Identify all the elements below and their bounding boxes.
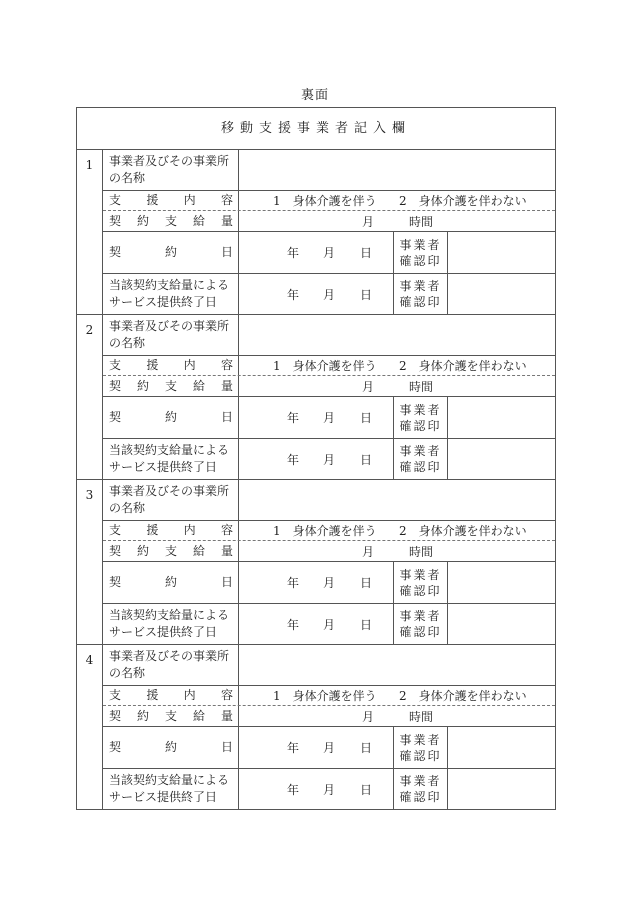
option-without-physical-care[interactable]: 2 身体介護を伴わない <box>399 192 527 209</box>
stamp-area[interactable] <box>448 397 555 438</box>
stamp-area[interactable] <box>448 439 555 479</box>
stamp-area[interactable] <box>448 562 555 603</box>
stamp-area[interactable] <box>448 769 555 809</box>
provider-name-label: 事業者及びその事業所の名称 <box>103 315 239 355</box>
support-content-label: 支援内容 <box>103 686 239 705</box>
contract-date-row: 契約日 年月日 事業者確認印 <box>103 232 555 274</box>
stamp-label: 事業者確認印 <box>394 232 448 273</box>
contract-date-field[interactable]: 年月日 <box>239 397 394 438</box>
provider-name-label: 事業者及びその事業所の名称 <box>103 150 239 190</box>
provider-name-field[interactable] <box>239 645 555 685</box>
block-number: 3 <box>77 480 103 644</box>
form-title: 移動支援事業者記入欄 <box>77 108 555 150</box>
support-content-row: 支援内容 1 身体介護を伴う2 身体介護を伴わない <box>103 521 555 541</box>
block-number: 2 <box>77 315 103 479</box>
stamp-area[interactable] <box>448 727 555 768</box>
support-content-row: 支援内容 1 身体介護を伴う2 身体介護を伴わない <box>103 356 555 376</box>
support-content-label: 支援内容 <box>103 521 239 540</box>
end-date-field[interactable]: 年月日 <box>239 604 394 644</box>
contract-date-label: 契約日 <box>103 727 239 768</box>
contract-date-field[interactable]: 年月日 <box>239 727 394 768</box>
provider-name-row: 事業者及びその事業所の名称 <box>103 315 555 356</box>
end-date-field[interactable]: 年月日 <box>239 439 394 479</box>
end-date-row: 当該契約支給量によるサービス提供終了日 年月日 事業者確認印 <box>103 274 555 314</box>
contract-date-field[interactable]: 年月日 <box>239 562 394 603</box>
end-date-row: 当該契約支給量によるサービス提供終了日 年月日 事業者確認印 <box>103 439 555 479</box>
end-date-field[interactable]: 年月日 <box>239 274 394 314</box>
provider-name-label: 事業者及びその事業所の名称 <box>103 480 239 520</box>
contract-amount-label: 契約支給量 <box>103 376 239 396</box>
provider-entry-form: 移動支援事業者記入欄 1 事業者及びその事業所の名称 支援内容 1 身体介護を伴… <box>76 107 556 810</box>
end-date-row: 当該契約支給量によるサービス提供終了日 年月日 事業者確認印 <box>103 604 555 644</box>
contract-amount-label: 契約支給量 <box>103 541 239 561</box>
contract-amount-label: 契約支給量 <box>103 211 239 231</box>
option-with-physical-care[interactable]: 1 身体介護を伴う <box>273 687 399 704</box>
contract-date-row: 契約日 年月日 事業者確認印 <box>103 397 555 439</box>
option-with-physical-care[interactable]: 1 身体介護を伴う <box>273 357 399 374</box>
support-content-label: 支援内容 <box>103 356 239 375</box>
support-content-row: 支援内容 1 身体介護を伴う2 身体介護を伴わない <box>103 686 555 706</box>
contract-amount-row: 契約支給量 月時間 <box>103 376 555 397</box>
contract-date-label: 契約日 <box>103 562 239 603</box>
support-content-row: 支援内容 1 身体介護を伴う2 身体介護を伴わない <box>103 191 555 211</box>
stamp-label: 事業者確認印 <box>394 769 448 809</box>
stamp-area[interactable] <box>448 274 555 314</box>
provider-name-row: 事業者及びその事業所の名称 <box>103 480 555 521</box>
provider-name-field[interactable] <box>239 315 555 355</box>
page-heading: 裏面 <box>0 84 630 103</box>
contract-date-row: 契約日 年月日 事業者確認印 <box>103 727 555 769</box>
provider-name-row: 事業者及びその事業所の名称 <box>103 645 555 686</box>
contract-date-label: 契約日 <box>103 232 239 273</box>
provider-name-label: 事業者及びその事業所の名称 <box>103 645 239 685</box>
end-date-label: 当該契約支給量によるサービス提供終了日 <box>103 769 239 809</box>
contract-amount-field[interactable]: 月時間 <box>239 211 555 231</box>
stamp-area[interactable] <box>448 232 555 273</box>
block-number: 4 <box>77 645 103 809</box>
contract-amount-label: 契約支給量 <box>103 706 239 726</box>
stamp-area[interactable] <box>448 604 555 644</box>
option-with-physical-care[interactable]: 1 身体介護を伴う <box>273 192 399 209</box>
end-date-field[interactable]: 年月日 <box>239 769 394 809</box>
stamp-label: 事業者確認印 <box>394 562 448 603</box>
option-without-physical-care[interactable]: 2 身体介護を伴わない <box>399 357 527 374</box>
contract-amount-row: 契約支給量 月時間 <box>103 211 555 232</box>
stamp-label: 事業者確認印 <box>394 604 448 644</box>
option-without-physical-care[interactable]: 2 身体介護を伴わない <box>399 687 527 704</box>
stamp-label: 事業者確認印 <box>394 397 448 438</box>
contract-date-field[interactable]: 年月日 <box>239 232 394 273</box>
contract-amount-row: 契約支給量 月時間 <box>103 706 555 727</box>
entry-block-2: 2 事業者及びその事業所の名称 支援内容 1 身体介護を伴う2 身体介護を伴わな… <box>77 315 555 480</box>
option-with-physical-care[interactable]: 1 身体介護を伴う <box>273 522 399 539</box>
stamp-label: 事業者確認印 <box>394 727 448 768</box>
support-content-label: 支援内容 <box>103 191 239 210</box>
provider-name-row: 事業者及びその事業所の名称 <box>103 150 555 191</box>
entry-block-3: 3 事業者及びその事業所の名称 支援内容 1 身体介護を伴う2 身体介護を伴わな… <box>77 480 555 645</box>
end-date-label: 当該契約支給量によるサービス提供終了日 <box>103 274 239 314</box>
contract-amount-field[interactable]: 月時間 <box>239 376 555 396</box>
end-date-label: 当該契約支給量によるサービス提供終了日 <box>103 604 239 644</box>
end-date-row: 当該契約支給量によるサービス提供終了日 年月日 事業者確認印 <box>103 769 555 809</box>
contract-amount-row: 契約支給量 月時間 <box>103 541 555 562</box>
contract-date-label: 契約日 <box>103 397 239 438</box>
contract-amount-field[interactable]: 月時間 <box>239 541 555 561</box>
contract-amount-field[interactable]: 月時間 <box>239 706 555 726</box>
entry-block-4: 4 事業者及びその事業所の名称 支援内容 1 身体介護を伴う2 身体介護を伴わな… <box>77 645 555 809</box>
end-date-label: 当該契約支給量によるサービス提供終了日 <box>103 439 239 479</box>
provider-name-field[interactable] <box>239 150 555 190</box>
provider-name-field[interactable] <box>239 480 555 520</box>
stamp-label: 事業者確認印 <box>394 274 448 314</box>
option-without-physical-care[interactable]: 2 身体介護を伴わない <box>399 522 527 539</box>
stamp-label: 事業者確認印 <box>394 439 448 479</box>
entry-block-1: 1 事業者及びその事業所の名称 支援内容 1 身体介護を伴う2 身体介護を伴わな… <box>77 150 555 315</box>
block-number: 1 <box>77 150 103 314</box>
contract-date-row: 契約日 年月日 事業者確認印 <box>103 562 555 604</box>
